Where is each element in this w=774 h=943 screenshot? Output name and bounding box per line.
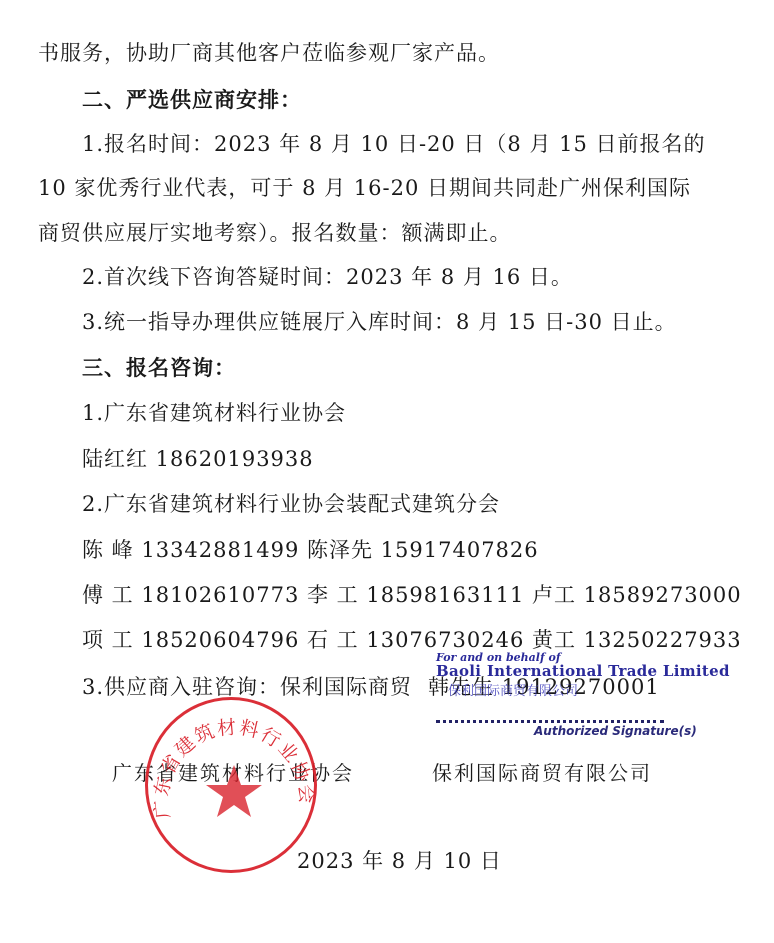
section-heading-3: 三、报名咨询： xyxy=(82,355,236,381)
signature-dotted-line xyxy=(436,720,664,723)
stamp-company-name-cn: 保利国际商贸有限公司 xyxy=(448,680,578,699)
item-1-line-2: 10 家优秀行业代表，可于 8 月 16-20 日期间共同赴广州保利国际 xyxy=(38,175,691,201)
org-2-contacts-row-2: 傅 工 18102610773 李 工 18598163111 卢工 18589… xyxy=(82,582,742,608)
item-2: 2.首次线下咨询答疑时间：2023 年 8 月 16 日。 xyxy=(82,264,573,290)
supplier-prefix: 3.供应商入驻咨询：保利国际商贸 xyxy=(82,675,412,699)
item-1-line-1: 1.报名时间：2023 年 8 月 10 日-20 日（8 月 15 日前报名的 xyxy=(82,131,706,157)
paragraph-continuation: 书服务，协助厂商其他客户莅临参观厂家产品。 xyxy=(38,40,500,66)
document-date: 2023 年 8 月 10 日 xyxy=(297,848,502,874)
org-2: 2.广东省建筑材料行业协会装配式建筑分会 xyxy=(82,491,500,517)
authorized-signature-label: Authorized Signature(s) xyxy=(534,724,697,738)
item-3: 3.统一指导办理供应链展厅入库时间：8 月 15 日-30 日止。 xyxy=(82,309,677,335)
item-1-line-3: 商贸供应展厅实地考察）。报名数量：额满即止。 xyxy=(38,220,512,246)
association-red-seal: 广东省建筑材料行业协会 xyxy=(145,697,317,873)
org-2-contacts-row-3: 项 工 18520604796 石 工 13076730246 黄工 13250… xyxy=(82,627,742,653)
section-heading-2: 二、严选供应商安排： xyxy=(82,87,302,113)
org-1-contact: 陆红红 18620193938 xyxy=(82,446,314,472)
org-1: 1.广东省建筑材料行业协会 xyxy=(82,400,346,426)
org-2-contacts-row-1: 陈 峰 13342881499 陈泽先 15917407826 xyxy=(82,537,539,563)
signature-company: 保利国际商贸有限公司 xyxy=(432,760,652,786)
